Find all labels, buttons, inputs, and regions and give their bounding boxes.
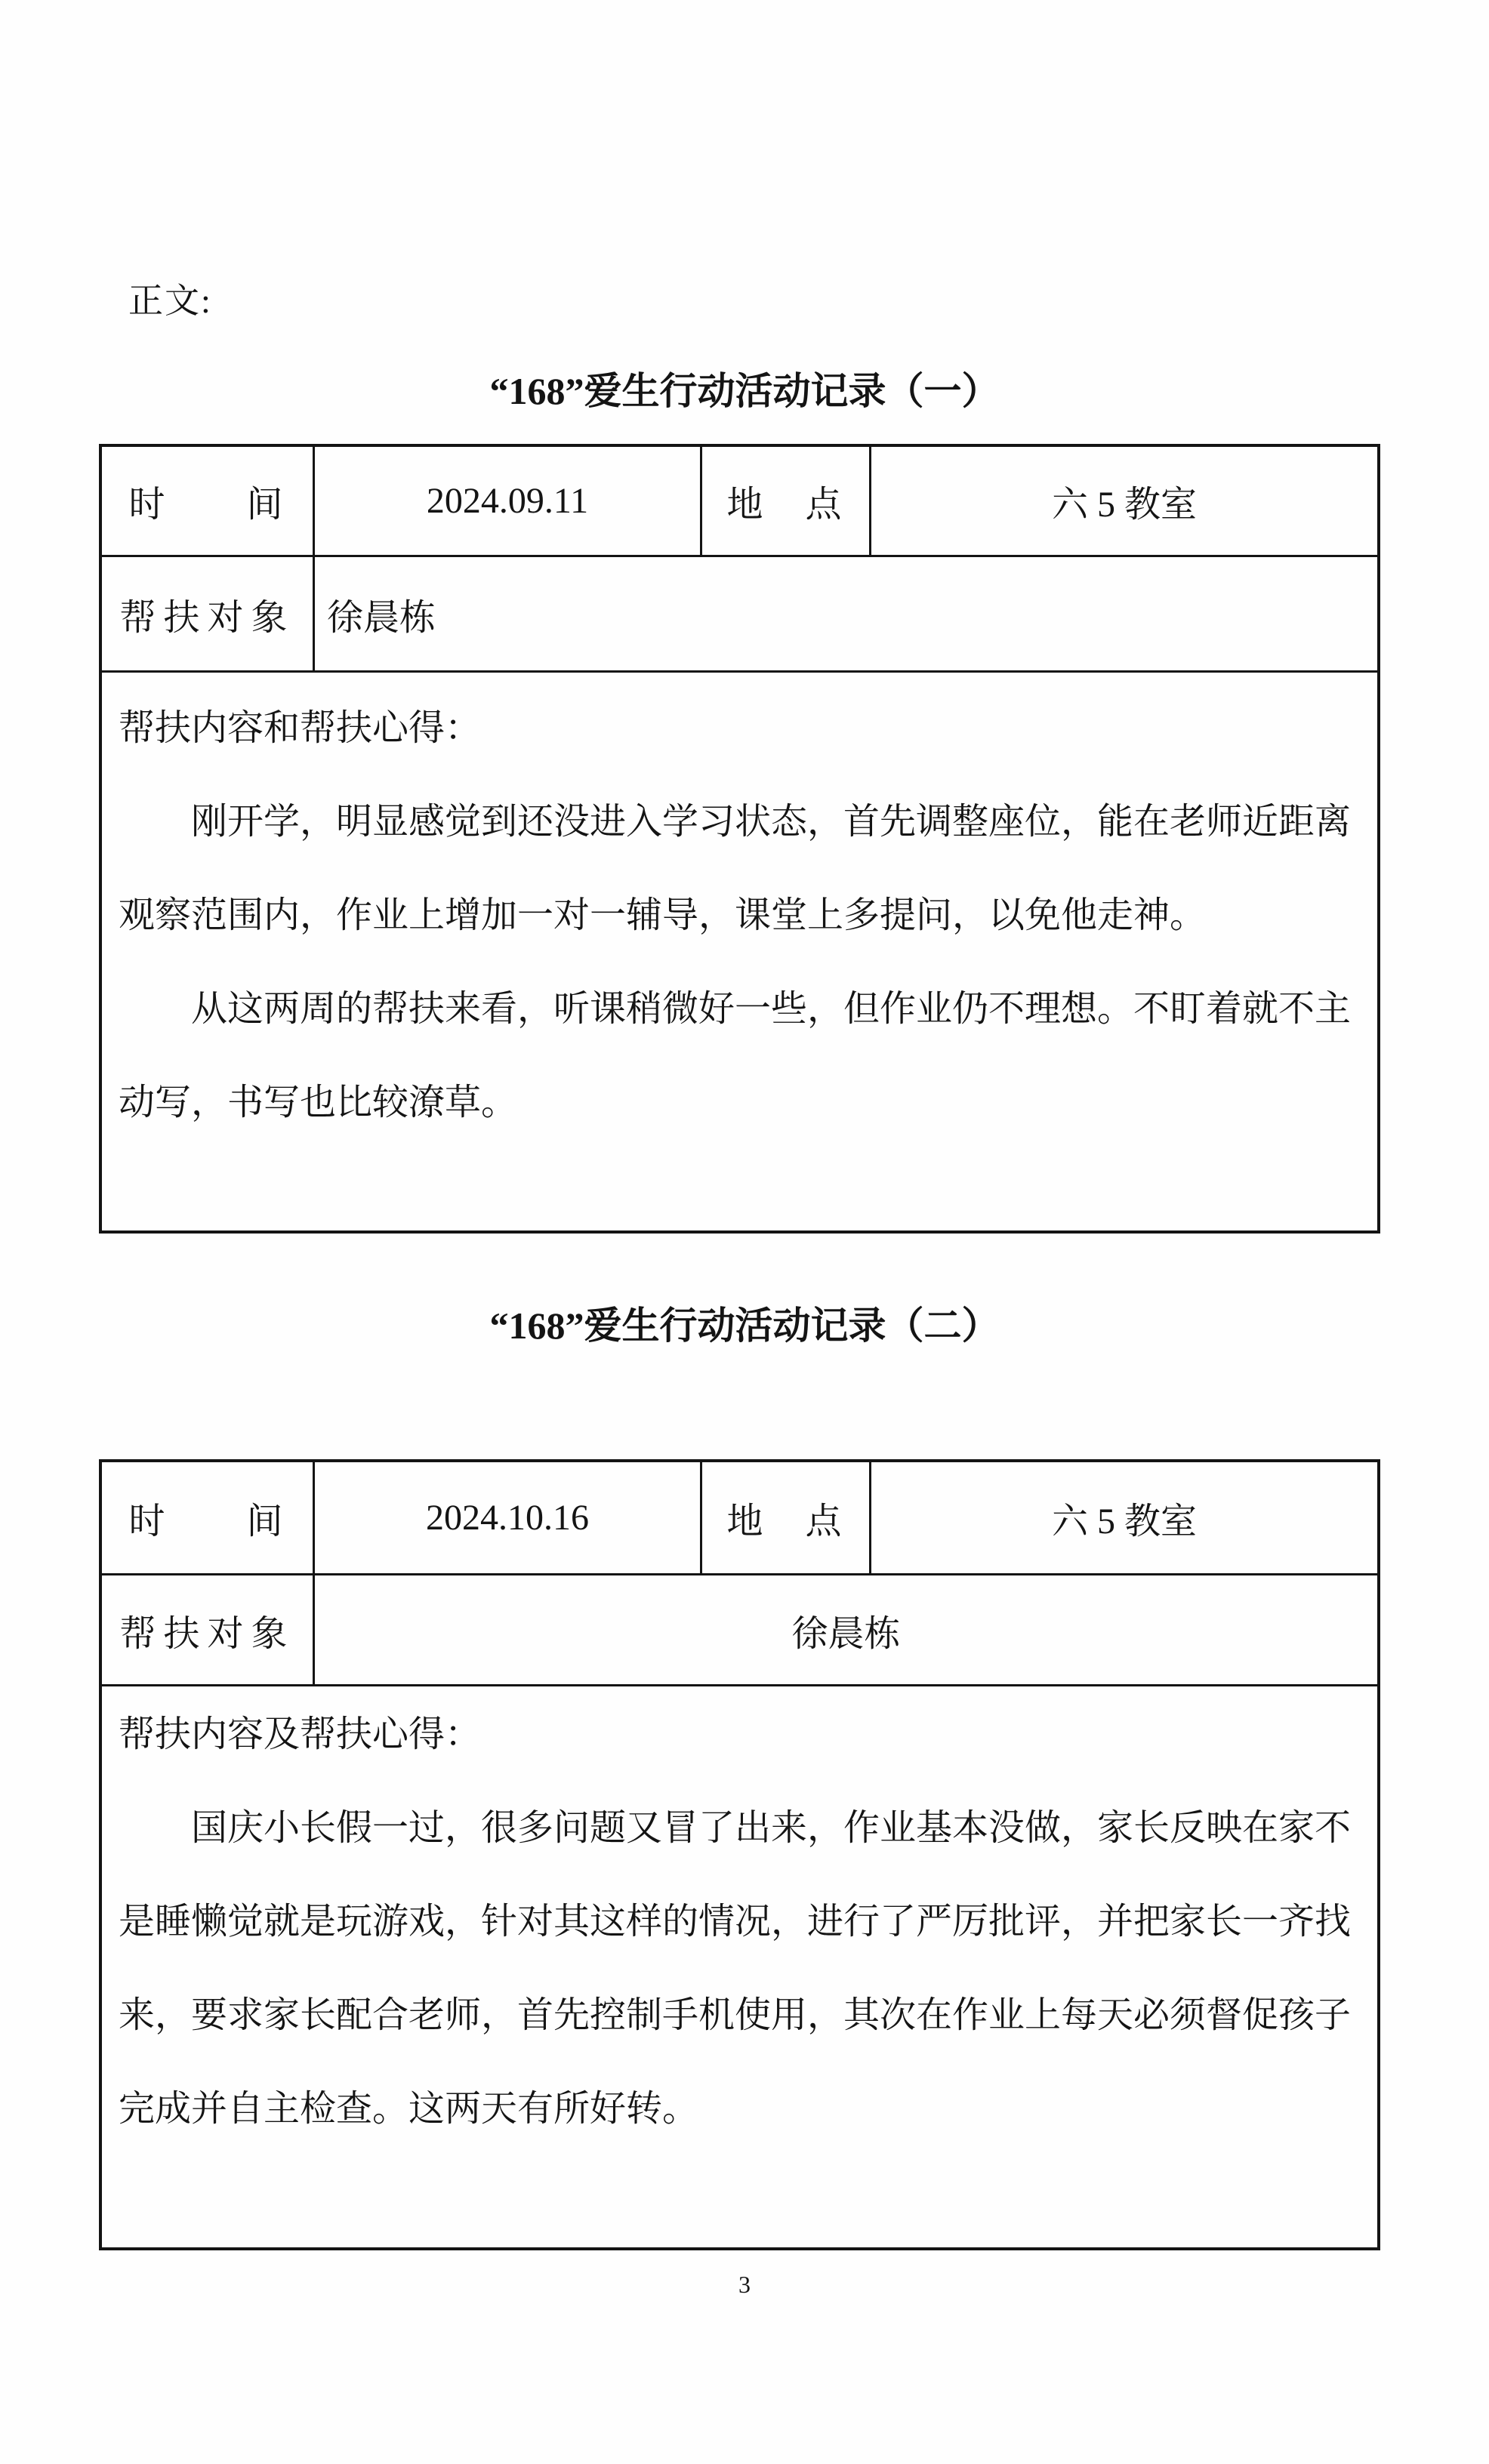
place-value: 六 5 教室 — [871, 447, 1377, 555]
time-label: 时 间 — [102, 1462, 315, 1573]
record-1-title: “168”爱生行动活动记录（一） — [0, 361, 1489, 415]
place-label: 地 点 — [702, 447, 871, 555]
time-label: 时 间 — [102, 447, 315, 555]
record-1-content-cell: 帮扶内容和帮扶心得： 刚开学，明显感觉到还没进入学习状态，首先调整座位，能在老师… — [102, 673, 1377, 1150]
page-number: 3 — [0, 2271, 1489, 2299]
body-text-label: 正文: — [128, 273, 212, 323]
time-value: 2024.10.16 — [315, 1462, 702, 1573]
place-value: 六 5 教室 — [871, 1462, 1377, 1573]
target-label: 帮扶对象 — [102, 557, 315, 670]
record-1-target-row: 帮扶对象 徐晨栋 — [102, 557, 1377, 673]
document-page: 正文: “168”爱生行动活动记录（一） 时 间 2024.09.11 地 点 … — [0, 0, 1489, 2464]
target-value: 徐晨栋 — [315, 557, 1377, 670]
target-value: 徐晨栋 — [315, 1575, 1377, 1684]
time-value: 2024.09.11 — [315, 447, 702, 555]
content-heading: 帮扶内容及帮扶心得： — [119, 1688, 1361, 1782]
content-line: 国庆小长假一过，很多问题又冒了出来，作业基本没做，家长反映在家不 — [119, 1782, 1361, 1875]
target-label: 帮扶对象 — [102, 1575, 315, 1684]
record-1-header-row: 时 间 2024.09.11 地 点 六 5 教室 — [102, 447, 1377, 557]
place-label: 地 点 — [702, 1462, 871, 1573]
content-line: 从这两周的帮扶来看，听课稍微好一些，但作业仍不理想。不盯着就不主 — [119, 962, 1361, 1056]
record-2-title: “168”爱生行动活动记录（二） — [0, 1295, 1489, 1350]
content-line: 动写，书写也比较潦草。 — [119, 1056, 1361, 1150]
content-heading: 帮扶内容和帮扶心得： — [119, 682, 1361, 775]
record-2-target-row: 帮扶对象 徐晨栋 — [102, 1575, 1377, 1686]
record-2-table: 时 间 2024.10.16 地 点 六 5 教室 帮扶对象 徐晨栋 帮扶内容及… — [99, 1459, 1380, 2250]
content-line: 观察范围内，作业上增加一对一辅导，课堂上多提问，以免他走神。 — [119, 869, 1361, 962]
record-2-content-cell: 帮扶内容及帮扶心得： 国庆小长假一过，很多问题又冒了出来，作业基本没做，家长反映… — [102, 1686, 1377, 2156]
record-1-table: 时 间 2024.09.11 地 点 六 5 教室 帮扶对象 徐晨栋 帮扶内容和… — [99, 444, 1380, 1234]
content-line: 是睡懒觉就是玩游戏，针对其这样的情况，进行了严厉批评，并把家长一齐找 — [119, 1875, 1361, 1969]
content-line: 完成并自主检查。这两天有所好转。 — [119, 2062, 1361, 2156]
record-2-header-row: 时 间 2024.10.16 地 点 六 5 教室 — [102, 1462, 1377, 1575]
content-line: 来，要求家长配合老师，首先控制手机使用，其次在作业上每天必须督促孩子 — [119, 1969, 1361, 2062]
content-line: 刚开学，明显感觉到还没进入学习状态，首先调整座位，能在老师近距离 — [119, 775, 1361, 869]
